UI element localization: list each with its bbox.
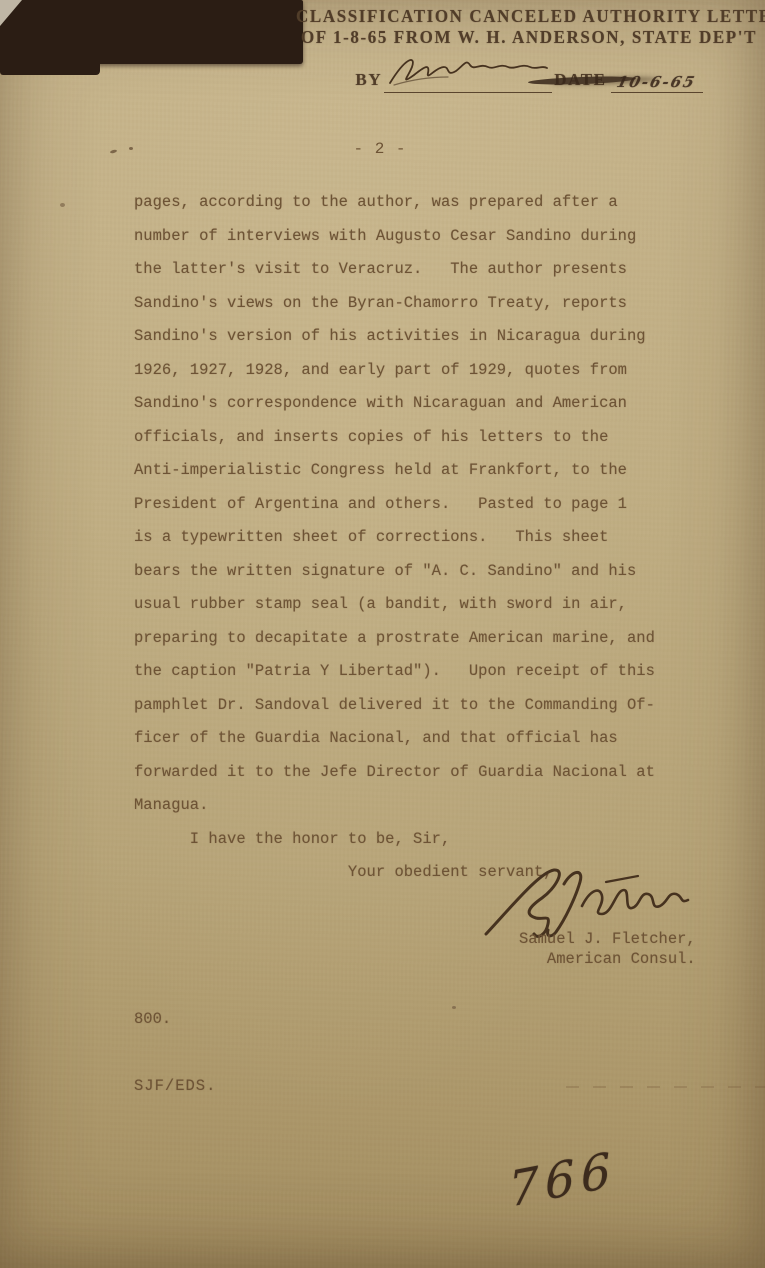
paper-speck — [129, 147, 133, 150]
stamp-line-1: CLASSIFICATION CANCELED AUTHORITY LETTER — [296, 6, 762, 28]
classification-cancel-stamp: CLASSIFICATION CANCELED AUTHORITY LETTER… — [296, 6, 762, 90]
typed-signature-block: Samuel J. Fletcher, American Consul. — [519, 930, 696, 969]
stamp-by-label: BY — [355, 70, 382, 90]
stamp-line-2: OF 1-8-65 FROM W. H. ANDERSON, STATE DEP… — [296, 27, 762, 49]
scanned-letter-page: CLASSIFICATION CANCELED AUTHORITY LETTER… — [0, 0, 765, 1268]
file-number: 800. — [134, 1010, 171, 1028]
stamp-signature-script — [384, 53, 552, 87]
letter-body: pages, according to the author, was prep… — [134, 186, 694, 890]
page-number: - 2 - — [300, 140, 460, 158]
stamp-by-date-row: BY DATE 10-6-65 — [296, 50, 762, 90]
faint-scan-line — [566, 1086, 765, 1088]
paper-speck — [452, 1006, 456, 1009]
stamp-date-line: 10-6-65 — [611, 72, 703, 93]
dark-scan-corner-left — [0, 0, 100, 75]
drafter-initials: SJF/EDS. — [134, 1077, 216, 1095]
stamp-signature-line — [384, 53, 552, 93]
paper-speck — [110, 149, 118, 154]
paper-speck — [60, 203, 65, 207]
handwritten-page-annotation: 766 — [508, 1141, 619, 1218]
